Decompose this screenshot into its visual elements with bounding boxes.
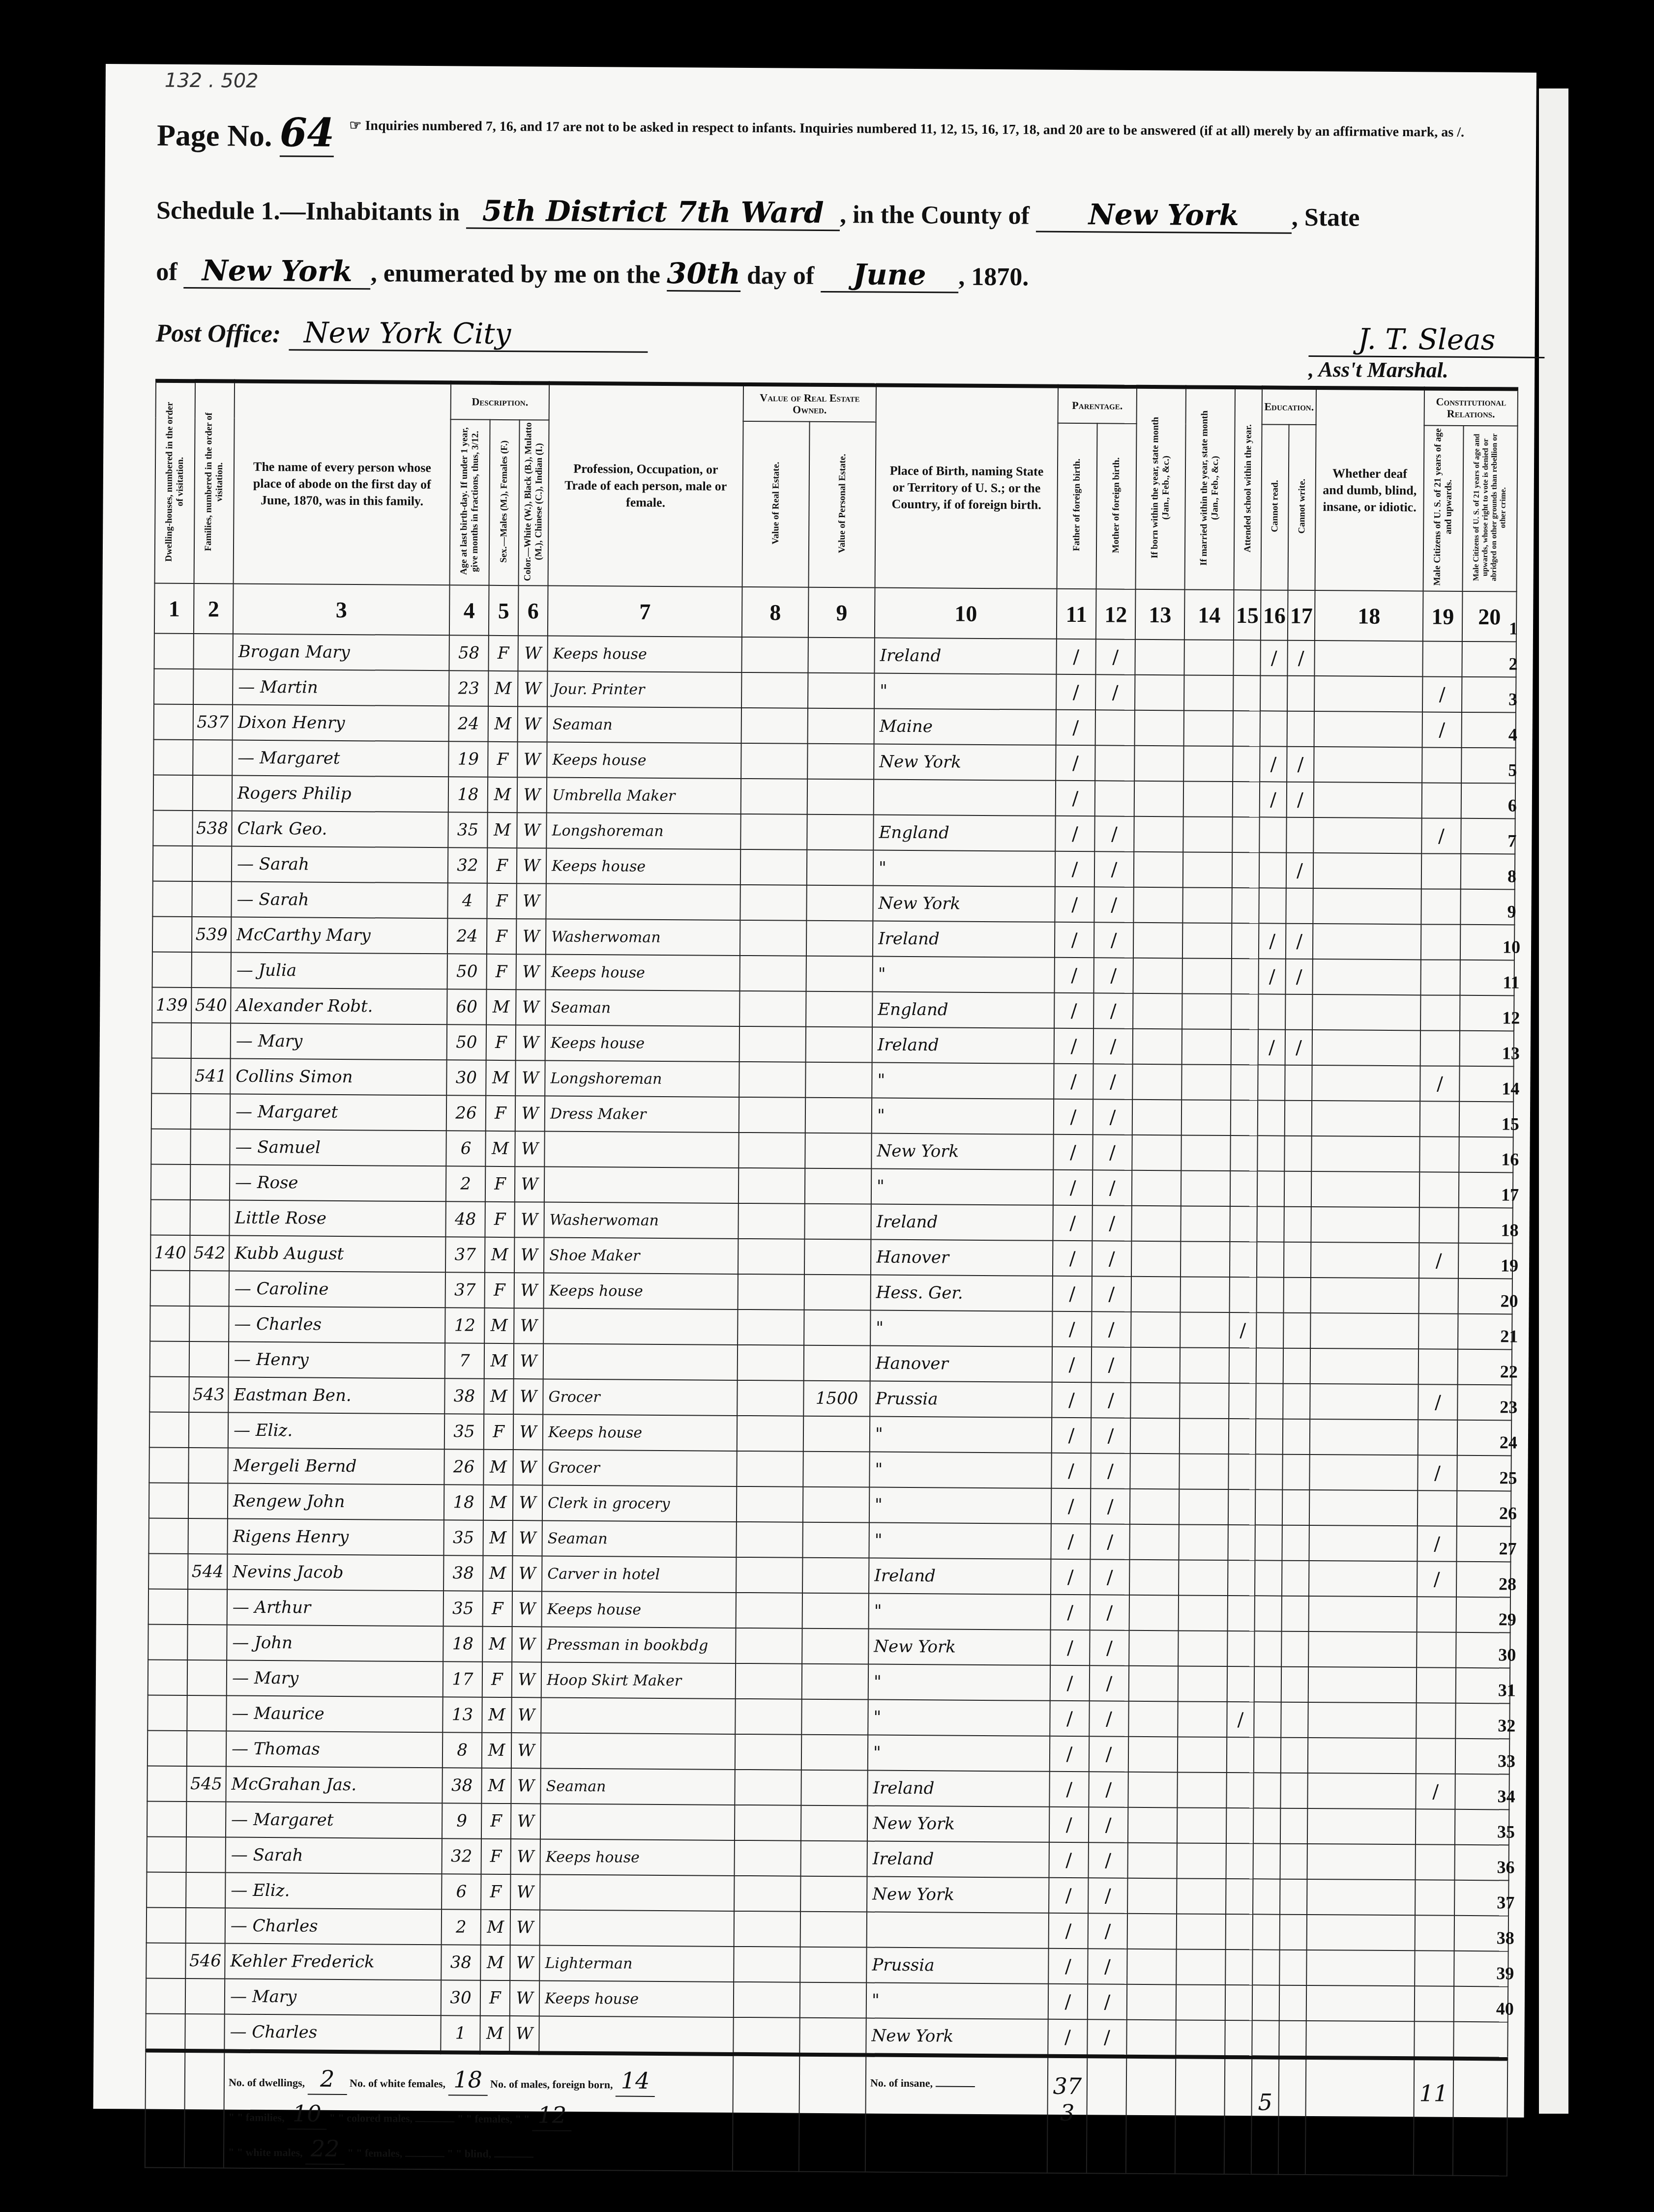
age: 30 — [441, 1980, 480, 2015]
place-of-birth: " — [868, 1700, 1050, 1736]
born-within-year — [1133, 993, 1182, 1029]
instructions: ☞ Inquiries numbered 7, 16, and 17 are n… — [341, 117, 1472, 142]
real-estate-value — [734, 1876, 800, 1912]
mother-foreign-mark: / — [1091, 1488, 1130, 1524]
family-number: 546 — [185, 1943, 225, 1979]
column-number: 13 — [1135, 589, 1185, 640]
real-estate-value — [738, 1133, 805, 1168]
real-estate-value — [734, 1911, 800, 1947]
married-within-year — [1180, 1383, 1229, 1419]
place-of-birth: " — [872, 1098, 1054, 1135]
row-number: 33 — [1492, 1750, 1521, 1771]
male-citizen-mark — [1417, 1667, 1456, 1703]
dwelling-number — [149, 1377, 189, 1412]
occupation: Seaman — [547, 707, 741, 743]
color: W — [510, 1945, 539, 1980]
personal-estate-value — [805, 1168, 871, 1204]
place-of-birth: " — [870, 1417, 1052, 1453]
father-foreign-mark: / — [1049, 1807, 1089, 1842]
deaf-blind-insane — [1309, 1596, 1417, 1632]
sex: M — [488, 777, 517, 813]
color: W — [515, 1166, 544, 1202]
occupation: Longshoreman — [546, 813, 740, 849]
male-citizen-mark — [1415, 1880, 1454, 1915]
dwelling-number — [147, 1872, 186, 1908]
family-number — [190, 1164, 230, 1200]
father-foreign-mark: / — [1054, 993, 1093, 1028]
father-foreign-mark: / — [1048, 1949, 1088, 1984]
married-within-year — [1183, 781, 1233, 817]
deaf-blind-insane — [1313, 853, 1421, 889]
color: W — [516, 990, 545, 1025]
row-number: 3 — [1498, 689, 1528, 709]
cannot-read-mark — [1256, 1312, 1283, 1348]
row-number: 30 — [1492, 1644, 1522, 1665]
place-of-birth: Ireland — [875, 638, 1057, 674]
row-number: 32 — [1492, 1715, 1521, 1736]
dwelling-number — [154, 669, 193, 704]
deaf-blind-insane — [1306, 1985, 1415, 2021]
cannot-read-mark — [1252, 2020, 1279, 2057]
row-number: 27 — [1493, 1538, 1522, 1559]
real-estate-value — [738, 1274, 804, 1310]
real-estate-value — [741, 779, 807, 815]
deaf-blind-insane — [1306, 2021, 1414, 2058]
person-name: Brogan Mary — [233, 634, 449, 671]
mother-foreign-mark: / — [1092, 1311, 1131, 1347]
male-citizen-mark: / — [1418, 1526, 1457, 1561]
occupation: Dress Maker — [545, 1096, 739, 1132]
cannot-read-mark — [1254, 1666, 1281, 1702]
marshal-label: , Ass't Marshal. — [1308, 357, 1448, 382]
mother-foreign-mark: / — [1094, 887, 1133, 922]
male-citizen-mark: / — [1421, 818, 1461, 853]
dwelling-number — [147, 1802, 186, 1837]
born-within-year — [1128, 1843, 1177, 1879]
person-name: — Charles — [224, 2014, 441, 2053]
page-summary: No. of dwellings, 2 No. of white females… — [145, 2051, 1507, 2176]
cannot-read-mark — [1259, 888, 1286, 923]
cannot-write-mark — [1281, 1667, 1308, 1702]
dwelling-number — [151, 1129, 190, 1164]
cannot-write-mark — [1284, 1207, 1311, 1242]
male-citizen-mark — [1421, 924, 1460, 960]
col-header-4: Age at last birth-day. If under 1 year, … — [450, 419, 490, 585]
real-estate-value — [734, 1982, 800, 2018]
married-within-year — [1177, 1914, 1226, 1950]
married-within-year — [1181, 1100, 1231, 1135]
family-number: 542 — [190, 1235, 229, 1271]
occupation: Seaman — [542, 1520, 737, 1557]
born-within-year — [1130, 1489, 1179, 1525]
occupation: Washerwoman — [544, 1202, 738, 1238]
attended-school-mark — [1233, 675, 1260, 711]
row-number: 22 — [1494, 1361, 1524, 1382]
family-number: 544 — [188, 1554, 227, 1589]
occupation: Hoop Skirt Maker — [541, 1662, 736, 1698]
father-foreign-mark: / — [1051, 1488, 1091, 1524]
sex: M — [484, 1308, 514, 1343]
born-within-year — [1131, 1241, 1181, 1277]
color: W — [512, 1662, 541, 1697]
deaf-blind-insane — [1312, 1030, 1420, 1066]
sex: F — [488, 636, 518, 671]
real-estate-value — [740, 956, 806, 991]
personal-estate-value — [801, 1841, 867, 1877]
real-estate-value — [738, 1203, 804, 1239]
age: 38 — [444, 1378, 484, 1414]
married-within-year — [1182, 887, 1232, 923]
mother-foreign-mark: / — [1088, 1949, 1127, 1984]
married-within-year — [1181, 1064, 1231, 1100]
male-citizen-mark — [1416, 1809, 1455, 1844]
county-label: , in the County of — [840, 201, 1030, 230]
age: 35 — [443, 1591, 483, 1626]
row-number: 4 — [1498, 724, 1528, 745]
born-within-year — [1135, 675, 1184, 711]
cannot-write-mark: / — [1286, 959, 1313, 994]
attended-school-mark — [1232, 888, 1259, 923]
male-citizen-mark — [1414, 2021, 1453, 2058]
mother-foreign-mark: / — [1089, 1807, 1128, 1842]
column-number-row: 1 2 3 4 5 6 7 8 9 10 11 12 13 14 15 16 1 — [154, 583, 1517, 642]
age: 8 — [443, 1732, 482, 1768]
citizens-total: 11 — [1419, 2080, 1448, 2106]
row-number: 15 — [1496, 1113, 1525, 1134]
place-of-birth: " — [866, 1983, 1048, 2019]
person-name: Rigens Henry — [227, 1519, 443, 1556]
dwelling-number — [153, 740, 193, 775]
personal-estate-value — [800, 1982, 866, 2018]
personal-estate-value — [804, 1275, 871, 1310]
sex: M — [483, 1520, 512, 1556]
color: W — [517, 777, 547, 813]
attended-school-mark — [1225, 1950, 1252, 1985]
deaf-blind-insane — [1308, 1631, 1417, 1667]
person-name: McGrahan Jas. — [226, 1767, 442, 1804]
age: 58 — [449, 635, 488, 670]
deaf-blind-insane — [1312, 1101, 1420, 1136]
person-name: — Margaret — [226, 1802, 442, 1839]
deaf-blind-insane — [1309, 1455, 1418, 1490]
occupation — [544, 1166, 738, 1203]
personal-estate-value — [808, 673, 874, 709]
dwelling-number — [151, 1164, 190, 1200]
color: W — [514, 1202, 544, 1237]
cannot-write-mark — [1280, 1915, 1307, 1950]
cannot-write-mark: / — [1287, 640, 1314, 676]
married-within-year — [1182, 923, 1232, 959]
father-foreign-total: 37 — [1053, 2073, 1082, 2099]
cannot-read-mark — [1256, 1348, 1283, 1383]
dwelling-number — [149, 1448, 188, 1483]
age: 13 — [443, 1697, 482, 1732]
born-within-year — [1130, 1454, 1179, 1489]
personal-estate-value — [802, 1629, 868, 1664]
group-header-description: Description. — [451, 382, 549, 420]
person-name: — Charles — [229, 1307, 445, 1343]
male-citizen-mark — [1419, 1172, 1459, 1207]
sex: F — [488, 742, 517, 777]
mother-foreign-mark: / — [1090, 1595, 1129, 1630]
color: W — [515, 1131, 544, 1166]
dwelling-number — [148, 1589, 188, 1625]
real-estate-value — [735, 1805, 801, 1841]
color: W — [510, 1980, 539, 2016]
mother-foreign-mark: / — [1093, 1064, 1132, 1099]
color: W — [518, 706, 547, 742]
cannot-read-mark — [1260, 711, 1287, 746]
born-within-year — [1129, 1630, 1178, 1666]
dwellings-count: 2 — [308, 2064, 347, 2095]
row-number: 40 — [1490, 1998, 1520, 2019]
column-number: 9 — [808, 587, 875, 638]
personal-estate-value — [807, 850, 873, 886]
born-within-year — [1127, 1914, 1177, 1950]
person-name: — Charles — [225, 1908, 442, 1945]
family-number: 538 — [192, 811, 232, 846]
cannot-write-mark — [1282, 1596, 1309, 1631]
family-number — [185, 1979, 225, 2014]
born-within-year — [1127, 1984, 1176, 2020]
born-within-year — [1129, 1524, 1179, 1560]
real-estate-value — [736, 1593, 802, 1629]
dwelling-number — [152, 881, 192, 917]
father-foreign-mark: / — [1055, 887, 1094, 922]
father-foreign-mark: / — [1048, 1984, 1088, 2019]
place-of-birth: Hanover — [870, 1346, 1052, 1382]
insane-count-cell: No. of insane, — [865, 2055, 1048, 2173]
real-estate-value — [735, 1840, 801, 1876]
blind-count — [494, 2156, 533, 2157]
color: W — [512, 1627, 541, 1662]
personal-estate-value — [801, 1805, 867, 1841]
row-number: 17 — [1495, 1184, 1525, 1205]
col-header-11: Father of foreign birth. — [1057, 423, 1097, 589]
age: 2 — [442, 1909, 481, 1945]
cannot-read-mark — [1256, 1383, 1283, 1419]
father-foreign-mark: / — [1056, 781, 1095, 816]
real-estate-value — [739, 1062, 805, 1098]
row-number: 28 — [1493, 1573, 1522, 1594]
attended-school-mark — [1227, 1666, 1254, 1702]
cannot-write-mark — [1283, 1313, 1310, 1348]
place-of-birth: " — [873, 957, 1055, 993]
father-foreign-mark: / — [1050, 1701, 1089, 1736]
mother-foreign-mark: / — [1092, 1276, 1131, 1311]
father-foreign-mark: / — [1055, 958, 1094, 993]
column-number: 14 — [1184, 589, 1234, 640]
mother-foreign-mark — [1095, 745, 1134, 781]
born-within-year — [1128, 1737, 1178, 1773]
row-number: 10 — [1497, 936, 1526, 957]
personal-estate-value — [808, 708, 874, 744]
mother-foreign-mark: / — [1094, 851, 1134, 887]
cannot-read-mark — [1252, 1950, 1279, 1985]
family-number — [190, 1271, 229, 1306]
sex: M — [482, 1697, 511, 1733]
sex: M — [482, 1733, 511, 1768]
person-name: — Martin — [233, 669, 449, 706]
attended-school-mark — [1230, 1277, 1257, 1312]
dwelling-number — [147, 1908, 186, 1943]
deaf-blind-insane — [1311, 1278, 1419, 1313]
col-header-20: Male Citizens of U. S. of 21 years of ag… — [1463, 426, 1518, 592]
color: W — [516, 954, 546, 990]
sex: F — [487, 919, 516, 954]
mother-foreign-mark: / — [1093, 993, 1133, 1028]
dwelling-number — [148, 1518, 188, 1554]
dwelling-number — [150, 1341, 189, 1377]
deaf-blind-insane — [1307, 1773, 1416, 1809]
sex: M — [488, 671, 518, 706]
place-of-birth: " — [871, 1169, 1053, 1205]
place-of-birth — [874, 780, 1056, 816]
place-of-birth: Ireland — [867, 1771, 1049, 1807]
father-foreign-mark: / — [1049, 1772, 1089, 1807]
age: 38 — [441, 1945, 480, 1980]
family-number — [192, 881, 231, 917]
real-estate-value — [735, 1734, 801, 1770]
personal-estate-value — [806, 885, 873, 921]
born-within-year — [1129, 1595, 1179, 1631]
father-foreign-mark: / — [1052, 1418, 1091, 1453]
post-office-label: Post Office: — [155, 320, 281, 349]
col-header-9: Value of Personal Estate. — [809, 422, 876, 588]
occupation: Keeps house — [546, 955, 740, 991]
cannot-read-mark — [1257, 1242, 1284, 1277]
person-name: Collins Simon — [230, 1059, 446, 1096]
cannot-write-mark — [1283, 1348, 1310, 1384]
col-header-15: Attended school within the year. — [1234, 387, 1263, 590]
male-citizen-mark — [1422, 783, 1461, 818]
occupation: Longshoreman — [545, 1060, 739, 1097]
dwelling-number — [151, 1058, 191, 1094]
deaf-blind-insane — [1309, 1490, 1418, 1526]
family-number — [192, 846, 232, 881]
personal-estate-value — [806, 991, 872, 1027]
cannot-read-mark — [1258, 994, 1285, 1029]
male-citizen-mark — [1418, 1313, 1458, 1349]
col-header-13: If born within the year, state month (Ja… — [1136, 387, 1186, 590]
sex: F — [481, 1839, 511, 1874]
place-of-birth: New York — [868, 1629, 1050, 1665]
person-name: — Eliz. — [228, 1413, 444, 1450]
person-name: — Arthur — [227, 1590, 443, 1627]
male-citizen-mark: / — [1418, 1455, 1457, 1490]
age: 38 — [443, 1555, 483, 1591]
occupation — [540, 1804, 735, 1840]
col-header-5: Sex.—Males (M.), Females (F.) — [489, 420, 520, 585]
father-foreign-mark: / — [1049, 1842, 1089, 1878]
attended-school-mark — [1233, 746, 1260, 782]
cannot-read-mark — [1257, 1171, 1284, 1206]
dwelling-number — [151, 1094, 191, 1129]
married-within-year — [1181, 1241, 1230, 1277]
father-foreign-mark: / — [1049, 1913, 1088, 1949]
adjacent-page-edge — [1539, 88, 1568, 2114]
attended-school-mark — [1233, 640, 1260, 675]
dwelling-number — [153, 811, 192, 846]
father-foreign-mark: / — [1053, 1276, 1092, 1311]
age: 37 — [445, 1272, 485, 1308]
color: W — [515, 1096, 545, 1131]
row-number: 14 — [1496, 1078, 1525, 1099]
cannot-write-mark — [1284, 1171, 1311, 1207]
father-foreign-mark: / — [1050, 1736, 1089, 1772]
father-foreign-mark: / — [1050, 1630, 1090, 1665]
age: 38 — [442, 1768, 481, 1803]
attended-school-mark — [1231, 1065, 1258, 1100]
male-citizen-mark — [1415, 1915, 1454, 1950]
personal-estate-value: 1500 — [803, 1381, 870, 1417]
color: W — [511, 1697, 541, 1733]
occupation: Keeps house — [542, 1591, 736, 1628]
deaf-blind-insane — [1310, 1348, 1418, 1384]
personal-estate-value — [799, 2018, 866, 2055]
col-header-18: Whether deaf and dumb, blind, insane, or… — [1315, 388, 1425, 591]
married-within-year — [1181, 1277, 1230, 1312]
row-number: 9 — [1497, 901, 1526, 922]
deaf-blind-insane — [1308, 1667, 1417, 1703]
cannot-write-mark — [1279, 2021, 1306, 2058]
column-number: 3 — [233, 584, 450, 636]
mother-foreign-mark: / — [1090, 1665, 1129, 1701]
real-estate-value — [736, 1628, 802, 1664]
mother-foreign-total: 3 — [1060, 2099, 1075, 2126]
post-office-field: New York City — [289, 316, 648, 352]
personal-estate-value — [802, 1522, 869, 1558]
color: W — [512, 1591, 542, 1627]
color: W — [510, 1874, 540, 1910]
father-foreign-mark: / — [1050, 1665, 1090, 1701]
married-within-year — [1182, 958, 1232, 994]
dwelling-number: 139 — [152, 988, 191, 1023]
cannot-read-mark — [1257, 1277, 1284, 1312]
age: 50 — [447, 1024, 486, 1060]
color: W — [513, 1414, 543, 1450]
color: W — [511, 1839, 540, 1874]
attended-school-mark — [1231, 1100, 1258, 1135]
dwelling-number — [149, 1483, 188, 1518]
male-citizen-mark: / — [1420, 1066, 1459, 1101]
born-within-year — [1134, 816, 1183, 852]
person-name: — Margaret — [230, 1094, 446, 1131]
attended-school-mark — [1227, 1737, 1254, 1773]
family-number — [189, 1412, 228, 1448]
occupation: Lighterman — [539, 1945, 734, 1981]
group-header-parentage: Parentage. — [1058, 386, 1137, 424]
family-number — [187, 1660, 227, 1695]
deaf-blind-insane — [1308, 1738, 1416, 1774]
deaf-blind-insane — [1313, 924, 1421, 960]
personal-estate-value — [807, 744, 874, 780]
families-count: 10 — [287, 2098, 326, 2129]
deaf-blind-insane — [1314, 782, 1422, 818]
deaf-blind-insane — [1310, 1313, 1418, 1349]
male-citizen-mark — [1420, 995, 1460, 1030]
real-estate-value — [736, 1522, 802, 1558]
cannot-write-mark: / — [1286, 924, 1313, 959]
column-number: 1 — [154, 583, 194, 634]
occupation — [540, 1874, 734, 1911]
place-of-birth: " — [869, 1452, 1051, 1488]
married-within-year — [1178, 1701, 1227, 1737]
born-within-year — [1134, 746, 1183, 782]
mother-foreign-mark: / — [1089, 1736, 1128, 1772]
cannot-read-mark: / — [1260, 782, 1287, 817]
row-number: 23 — [1494, 1397, 1523, 1417]
